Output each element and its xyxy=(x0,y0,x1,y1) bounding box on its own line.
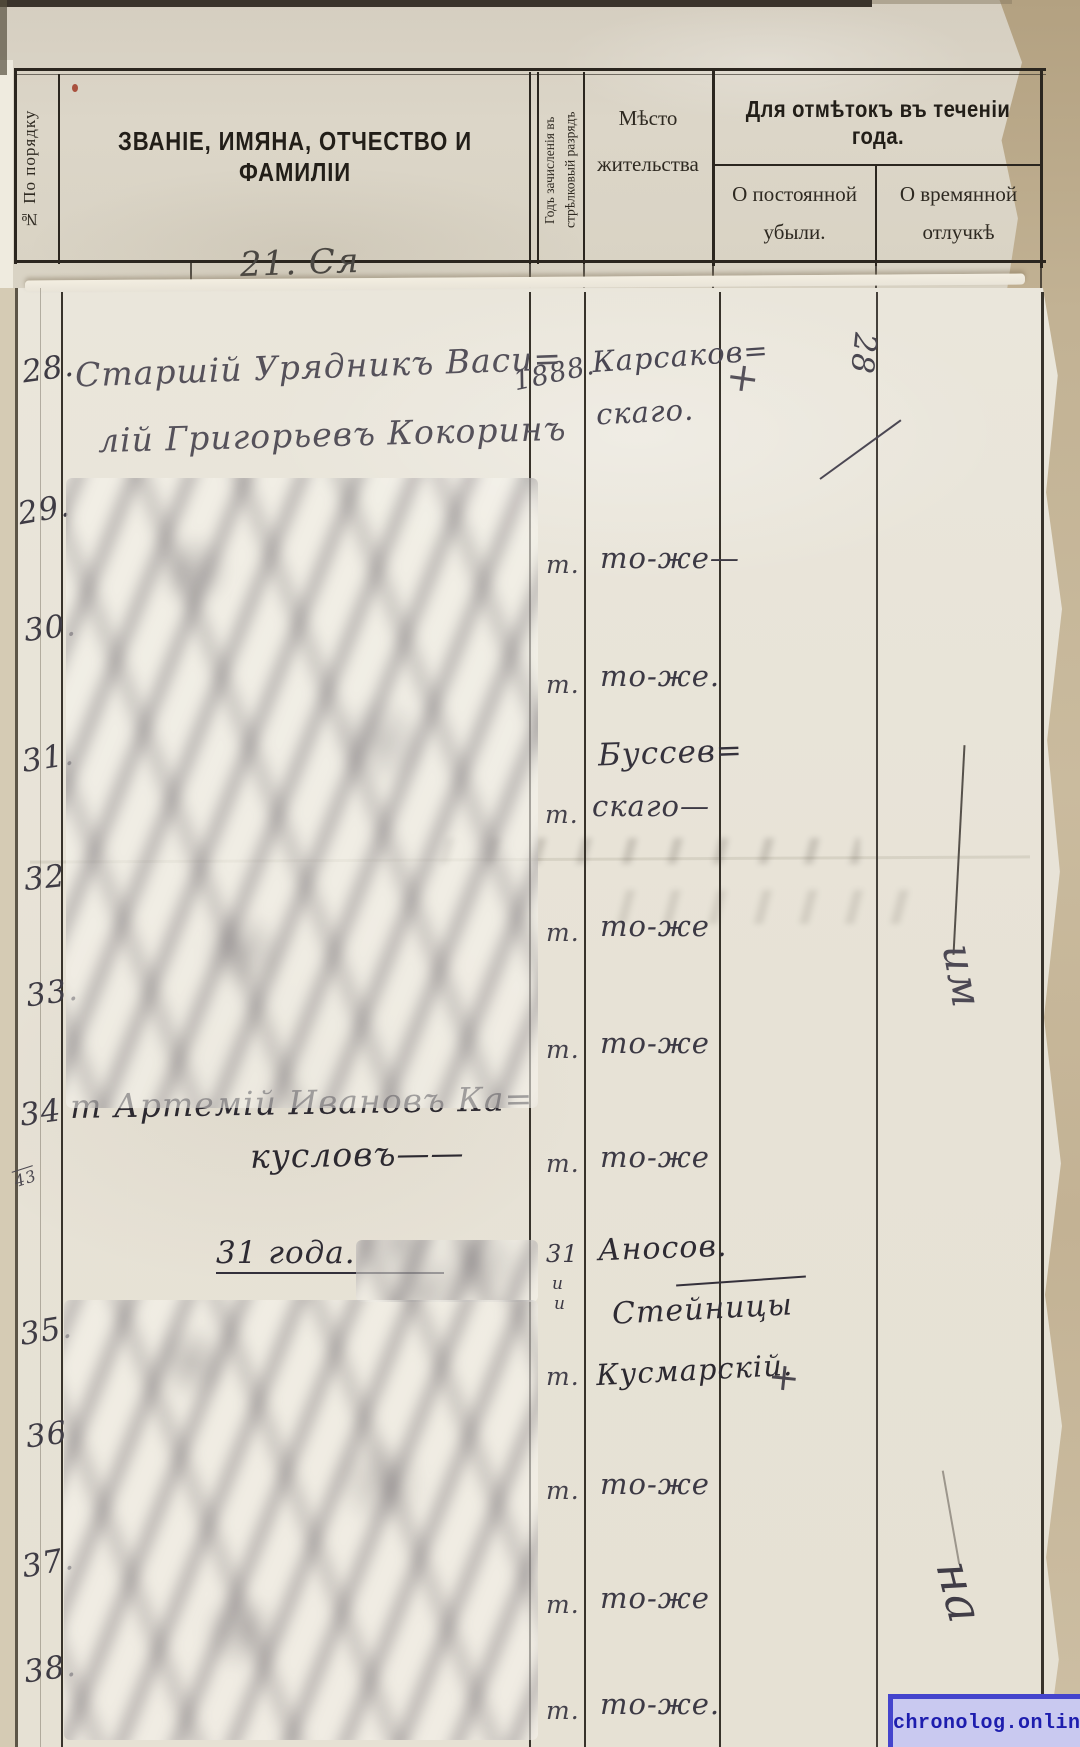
watermark-badge: chronolog.online xyxy=(888,1694,1080,1747)
table-left-border xyxy=(14,68,17,264)
row-29-year-mark: т. xyxy=(546,552,580,577)
row-33-year-mark: т. xyxy=(546,1037,580,1062)
interline-place-line1: Аносов. xyxy=(598,1232,728,1266)
row-33-place: то-же xyxy=(600,1029,710,1058)
margin-mid-note: им xyxy=(936,941,988,1011)
row-number: 34 xyxy=(18,1095,63,1131)
row-32-place: то-же xyxy=(600,912,710,941)
row-29-place: то-же— xyxy=(600,544,740,573)
year-column-rule xyxy=(584,292,586,1747)
column-header-year: Годъ зачисленія въ стрѣлковый разрядъ xyxy=(540,80,584,260)
row-number: 36 xyxy=(24,1418,69,1454)
row-38-year-mark: т. xyxy=(546,1698,580,1723)
column-header-place-line2: жительства xyxy=(584,152,712,177)
row-31-year-mark: т. xyxy=(545,802,579,827)
row-37-year-mark: т. xyxy=(546,1592,580,1617)
year-header-line1: Годъ зачисленія въ xyxy=(542,116,557,223)
row-37-place: то-же xyxy=(600,1584,710,1613)
notes-inner-border xyxy=(712,164,1042,166)
row-36-place: то-же xyxy=(600,1470,710,1499)
notes-divider-line xyxy=(875,164,877,266)
row-number: 32 xyxy=(22,861,66,896)
column-header-permanent-line2: убыли. xyxy=(713,220,876,245)
row-28-place-line2: скаго. xyxy=(595,395,695,429)
redaction-blur-rows-35-38 xyxy=(64,1300,538,1740)
redaction-blur-age-line xyxy=(356,1240,538,1302)
left-paper-sliver xyxy=(0,60,13,300)
row-34-year-mark: т. xyxy=(546,1151,580,1176)
column-header-order: № По порядку xyxy=(20,78,58,260)
scan-top-edge-light xyxy=(872,0,1012,4)
row-36-year-mark: т. xyxy=(546,1478,580,1503)
row-31-place-line2: скаго— xyxy=(592,792,710,821)
watermark-text: chronolog.online xyxy=(893,1712,1080,1735)
column-header-temporary-line1: О времянной xyxy=(876,182,1041,207)
handwriting-fragment-above: 21. Ся xyxy=(239,244,360,282)
margin-bottom-note: на xyxy=(928,1556,990,1628)
row-number: 28. xyxy=(20,351,76,389)
column-header-place-line1: Мѣсто xyxy=(584,106,712,131)
row-35-year-mark: т. xyxy=(546,1364,580,1389)
name-column-line-b xyxy=(537,72,539,264)
row-38-place: то-же. xyxy=(600,1690,720,1719)
age-note: 31 года. xyxy=(216,1235,356,1271)
row-number: 29. xyxy=(16,491,73,531)
table-top-border xyxy=(14,68,1046,71)
interline-year-1: 31 xyxy=(546,1242,579,1266)
row-34-place: то-же xyxy=(600,1143,710,1172)
column-header-notes: Для отмѣтокъ въ теченіи года. xyxy=(735,96,1022,150)
row-30-place: то-же. xyxy=(600,662,720,691)
row-28-margin-note: 28 xyxy=(845,331,880,375)
sheet-left-torn-edge xyxy=(0,288,16,1747)
scan-left-corner xyxy=(0,0,7,75)
interline-year-3: и xyxy=(554,1296,566,1313)
redaction-blur-rows-29-33 xyxy=(66,478,538,1108)
row-34-name-line2: кусловъ—— xyxy=(250,1136,465,1173)
row-31-place-line1: Буссев= xyxy=(598,735,744,771)
row-28-permanent-mark: + xyxy=(723,356,763,400)
notes-column-rule xyxy=(876,292,878,1747)
column-header-names: ЗВАНІЕ, ИМЯНА, ОТЧЕСТВО И ФАМИЛІИ xyxy=(95,126,495,188)
row-32-year-mark: т. xyxy=(546,920,580,945)
right-column-rule xyxy=(1041,292,1044,1747)
column-header-temporary-line2: отлучкѣ xyxy=(876,220,1041,245)
interline-year-2: и xyxy=(552,1276,564,1293)
archival-register-scan: № По порядку ЗВАНІЕ, ИМЯНА, ОТЧЕСТВО И Ф… xyxy=(0,0,1080,1747)
row-30-year-mark: т. xyxy=(546,672,580,697)
scan-top-edge xyxy=(0,0,872,7)
year-header-line2: стрѣлковый разрядъ xyxy=(562,112,577,228)
red-ink-speck xyxy=(72,84,78,92)
row-35-permanent-mark: + xyxy=(766,1356,803,1397)
place-column-rule xyxy=(719,292,721,1747)
column-header-permanent-line1: О постоянной xyxy=(713,182,876,207)
